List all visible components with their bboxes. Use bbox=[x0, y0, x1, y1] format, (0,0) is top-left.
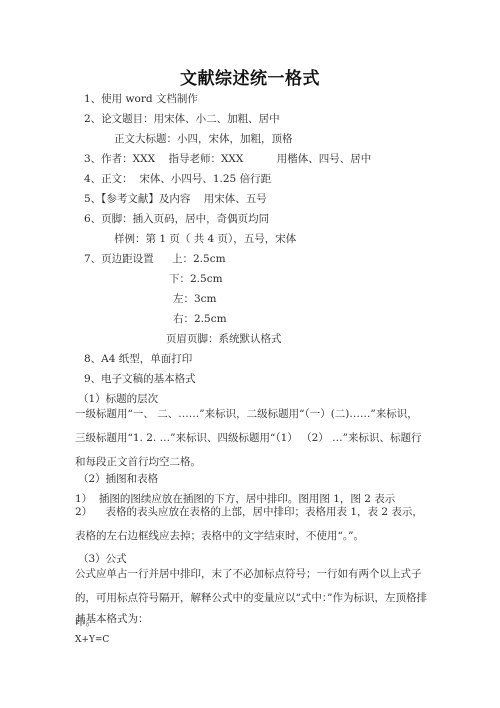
margin-left: 左：3cm bbox=[173, 292, 217, 306]
section-1-paragraph: 一级标题用“一、 二、……”来标识，二级标题用“（一）(二)……”来标识，三级标… bbox=[75, 402, 427, 474]
item-8: 8、A4 纸型，单面打印 bbox=[84, 352, 192, 366]
margin-top: 上：2.5cm bbox=[172, 252, 226, 266]
item-6-sub: 样例：第 1 页（ 共 4 页），五号，宋体 bbox=[114, 232, 296, 246]
item-9: 9、电子文稿的基本格式 bbox=[84, 372, 196, 386]
item-5: 5、【参考文献】及内容 用宋体、五号 bbox=[84, 192, 267, 206]
header-footer: 页眉页脚：系统默认格式 bbox=[166, 332, 282, 346]
section-2-item-2: 2） 表格的表头应放在表格的上部，居中排印；表格用表 1，表 2 表示，表格的左… bbox=[75, 500, 427, 548]
item-2: 2、论文题目：用宋体、小二、加粗、居中 bbox=[84, 112, 280, 126]
item-4: 4、正文： 宋体、小四号、1.25 倍行距 bbox=[84, 172, 271, 186]
document-title: 文献综述统一格式 bbox=[0, 64, 500, 89]
formula-example: X+Y=C bbox=[75, 633, 109, 647]
item-3: 3、作者：XXX 指导老师：XXX 用楷体、四号、居中 bbox=[84, 152, 371, 166]
margin-right: 右：2.5cm bbox=[173, 312, 227, 326]
section-2-heading: （2）插图和表格 bbox=[78, 472, 158, 486]
item-7: 7、页边距设置 bbox=[84, 252, 154, 266]
margin-bottom: 下：2.5cm bbox=[169, 272, 223, 286]
item-6: 6、页脚：插入页码，居中，奇偶页均同 bbox=[84, 212, 269, 226]
item-2-sub: 正文大标题：小四，宋体，加粗，顶格 bbox=[114, 132, 293, 146]
basic-format-label: 其基本格式为： bbox=[75, 612, 149, 626]
item-1: 1、使用 word 文档制作 bbox=[84, 92, 198, 106]
